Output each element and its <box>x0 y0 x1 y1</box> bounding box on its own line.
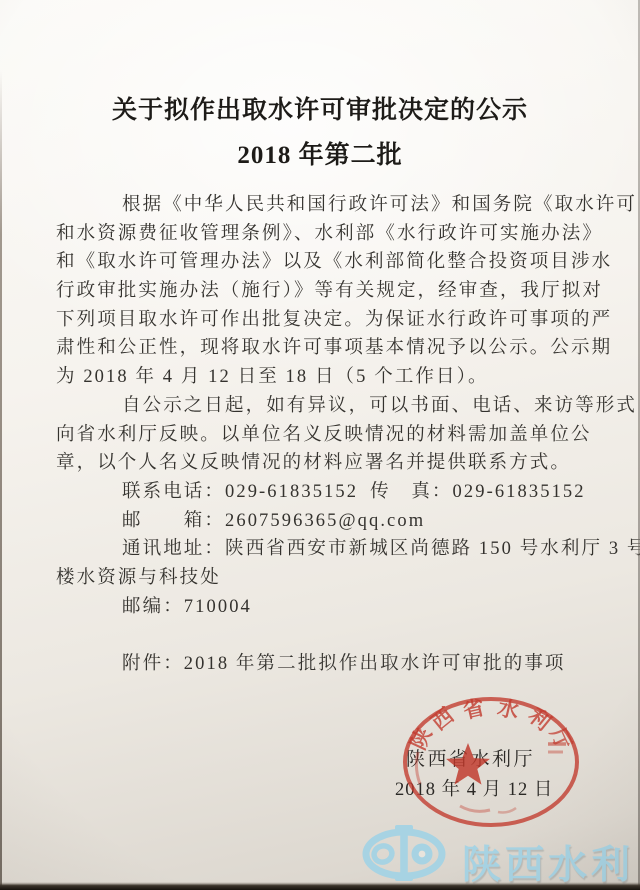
photo-vignette <box>0 0 640 890</box>
scanned-notice-page: 关于拟作出取水许可审批决定的公示 2018 年第二批 根据《中华人民共和国行政许… <box>0 0 640 890</box>
photo-edge-left <box>0 70 2 890</box>
photo-edge-bottom <box>0 882 640 890</box>
